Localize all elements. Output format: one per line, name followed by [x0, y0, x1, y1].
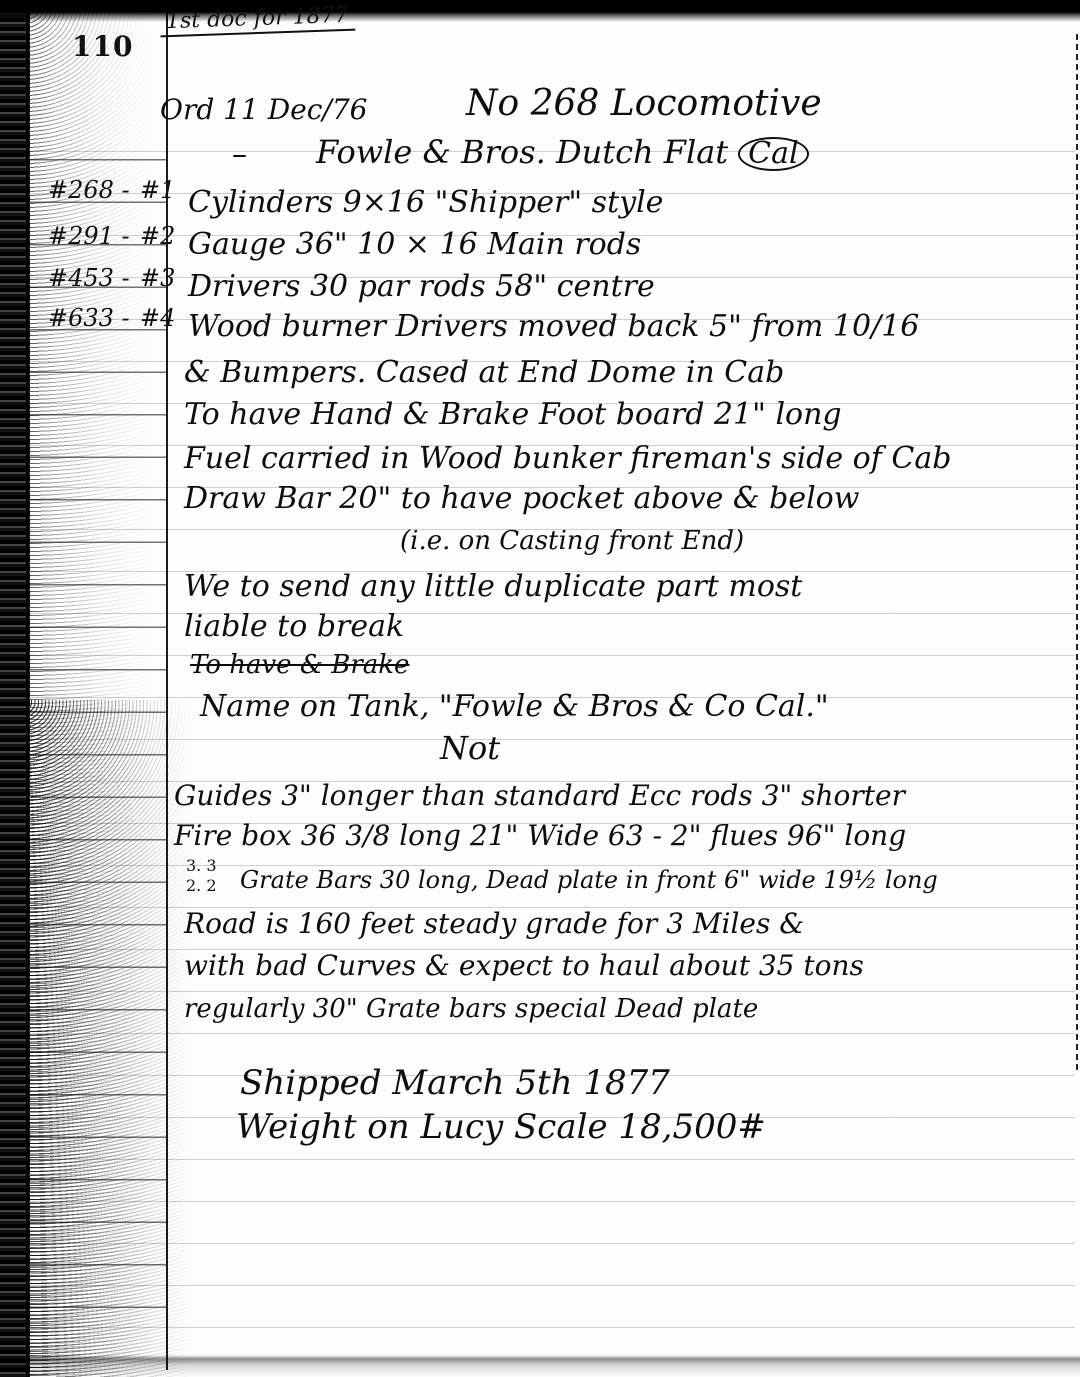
sequence-number: #1 — [140, 176, 175, 204]
spec-line: Fire box 36 3/8 long 21" Wide 63 - 2" fl… — [174, 822, 906, 850]
dash-mark: – — [232, 140, 247, 170]
spec-line: Cylinders 9×16 "Shipper" style — [188, 188, 663, 218]
spec-line: Draw Bar 20" to have pocket above & belo… — [184, 484, 859, 514]
spec-line: (i.e. on Casting front End) — [400, 528, 744, 554]
sequence-number: #4 — [140, 304, 175, 332]
tank-name-line: Name on Tank, "Fowle & Bros & Co Cal." — [200, 692, 829, 722]
shipped-date: Shipped March 5th 1877 — [240, 1066, 670, 1100]
sequence-number: #2 — [140, 222, 175, 250]
spec-line: & Bumpers. Cased at End Dome in Cab — [184, 358, 784, 388]
margin-entry: #268 - #1 — [48, 176, 168, 204]
spec-line: Grate Bars 30 long, Dead plate in front … — [240, 868, 938, 892]
scan-bottom-edge — [0, 1355, 1080, 1377]
spec-line: Fuel carried in Wood bunker fireman's si… — [184, 444, 951, 474]
spec-line: Wood burner Drivers moved back 5" from 1… — [188, 312, 919, 342]
page-number: 110 — [72, 30, 133, 63]
ledger-page-scan: 110 1st doc for 1877 #268 - #1 #291 - #2… — [0, 0, 1080, 1377]
spec-line: with bad Curves & expect to haul about 3… — [184, 952, 864, 980]
margin-rule-inner — [166, 10, 168, 1370]
spec-line: Gauge 36" 10 × 16 Main rods — [188, 230, 641, 260]
order-number: #633 - — [48, 304, 130, 332]
weight-line: Weight on Lucy Scale 18,500# — [236, 1110, 766, 1144]
spec-line: Drivers 30 par rods 58" centre — [188, 272, 655, 302]
not-label: Not — [440, 732, 500, 764]
margin-entry: #453 - #3 — [48, 264, 168, 292]
order-number: #291 - — [48, 222, 130, 250]
customer-state: Cal — [738, 137, 808, 171]
customer-name: Fowle & Bros. Dutch FlatCal — [316, 136, 809, 171]
spec-line: liable to break — [184, 612, 404, 642]
locomotive-heading: No 268 Locomotive — [466, 86, 822, 122]
customer-text: Fowle & Bros. Dutch Flat — [316, 133, 728, 171]
spec-line: Guides 3" longer than standard Ecc rods … — [174, 782, 905, 810]
sequence-number: #3 — [140, 264, 175, 292]
margin-entry: #633 - #4 — [48, 304, 168, 332]
order-date: Ord 11 Dec/76 — [160, 96, 367, 124]
right-edge-rule — [1076, 30, 1078, 1070]
spec-line: Road is 160 feet steady grade for 3 Mile… — [184, 910, 804, 938]
grate-note-bottom: 2. 2 — [186, 878, 217, 894]
order-number: #453 - — [48, 264, 130, 292]
spec-line: We to send any little duplicate part mos… — [184, 572, 802, 602]
struck-out-line: To have & Brake — [190, 652, 409, 678]
margin-rule-outer — [26, 10, 29, 1377]
grate-note-top: 3. 3 — [186, 858, 217, 874]
order-number: #268 - — [48, 176, 130, 204]
margin-entry: #291 - #2 — [48, 222, 168, 250]
spec-line: regularly 30" Grate bars special Dead pl… — [184, 996, 758, 1022]
spec-line: To have Hand & Brake Foot board 21" long — [184, 400, 842, 430]
top-annotation: 1st doc for 1877 — [160, 3, 356, 38]
